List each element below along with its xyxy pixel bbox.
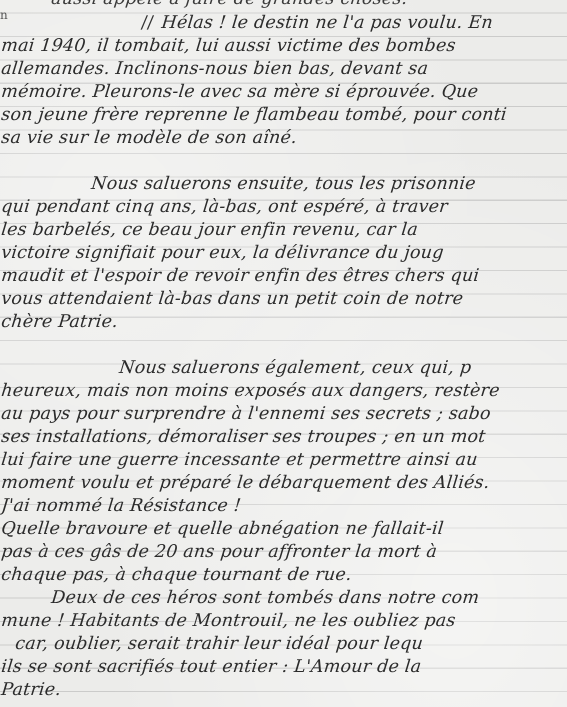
text-line-cut-top: aussi appelé à faire de grandes choses. [0,0,567,11]
text-line: heureux, mais non moins exposés aux dang… [0,380,567,403]
text-line: mémoire. Pleurons-le avec sa mère si épr… [0,81,567,104]
text-line: son jeune frère reprenne le flambeau tom… [0,104,567,127]
text-line: mai 1940, il tombait, lui aussi victime … [0,35,567,58]
text-line: maudit et l'espoir de revoir enfin des ê… [0,265,567,288]
text-line: qui pendant cinq ans, là-bas, ont espéré… [0,196,567,219]
text-line: les barbelés, ce beau jour enfin revenu,… [0,219,567,242]
text-line: allemandes. Inclinons-nous bien bas, dev… [0,58,567,81]
text-line: chaque pas, à chaque tournant de rue. [0,564,567,587]
text-line: victoire signifiait pour eux, la délivra… [0,242,567,265]
text-line: moment voulu et préparé le débarquement … [0,472,567,495]
text-line: au pays pour surprendre à l'ennemi ses s… [0,403,567,426]
handwritten-page: n aussi appelé à faire de grandes choses… [0,0,567,707]
text-line: Quelle bravoure et quelle abnégation ne … [0,518,567,541]
text-line: mune ! Habitants de Montrouil, ne les ou… [0,610,567,633]
text-line: Deux de ces héros sont tombés dans notre… [0,587,567,610]
text-line: sa vie sur le modèle de son aîné. [0,127,567,150]
text-line: //Hélas ! le destin ne l'a pas voulu. En [0,12,567,35]
text-line: pas à ces gâs de 20 ans pour affronter l… [0,541,567,564]
text-line: vous attendaient là-bas dans un petit co… [0,288,567,311]
quotation-mark: // [140,12,155,35]
text-line: lui faire une guerre incessante et perme… [0,449,567,472]
text-line: J'ai nommé la Résistance ! [0,495,567,518]
text-line: car, oublier, serait trahir leur idéal p… [0,633,567,656]
text-line: Nous saluerons ensuite, tous les prisonn… [0,173,567,196]
text-line: ses installations, démoraliser ses troup… [0,426,567,449]
text-line-content: Hélas ! le destin ne l'a pas voulu. En [160,13,494,33]
text-line: Nous saluerons également, ceux qui, p [0,357,567,380]
text-line: chère Patrie. [0,311,567,334]
text-line: Patrie. [0,679,567,702]
text-line: ils se sont sacrifiés tout entier : L'Am… [0,656,567,679]
